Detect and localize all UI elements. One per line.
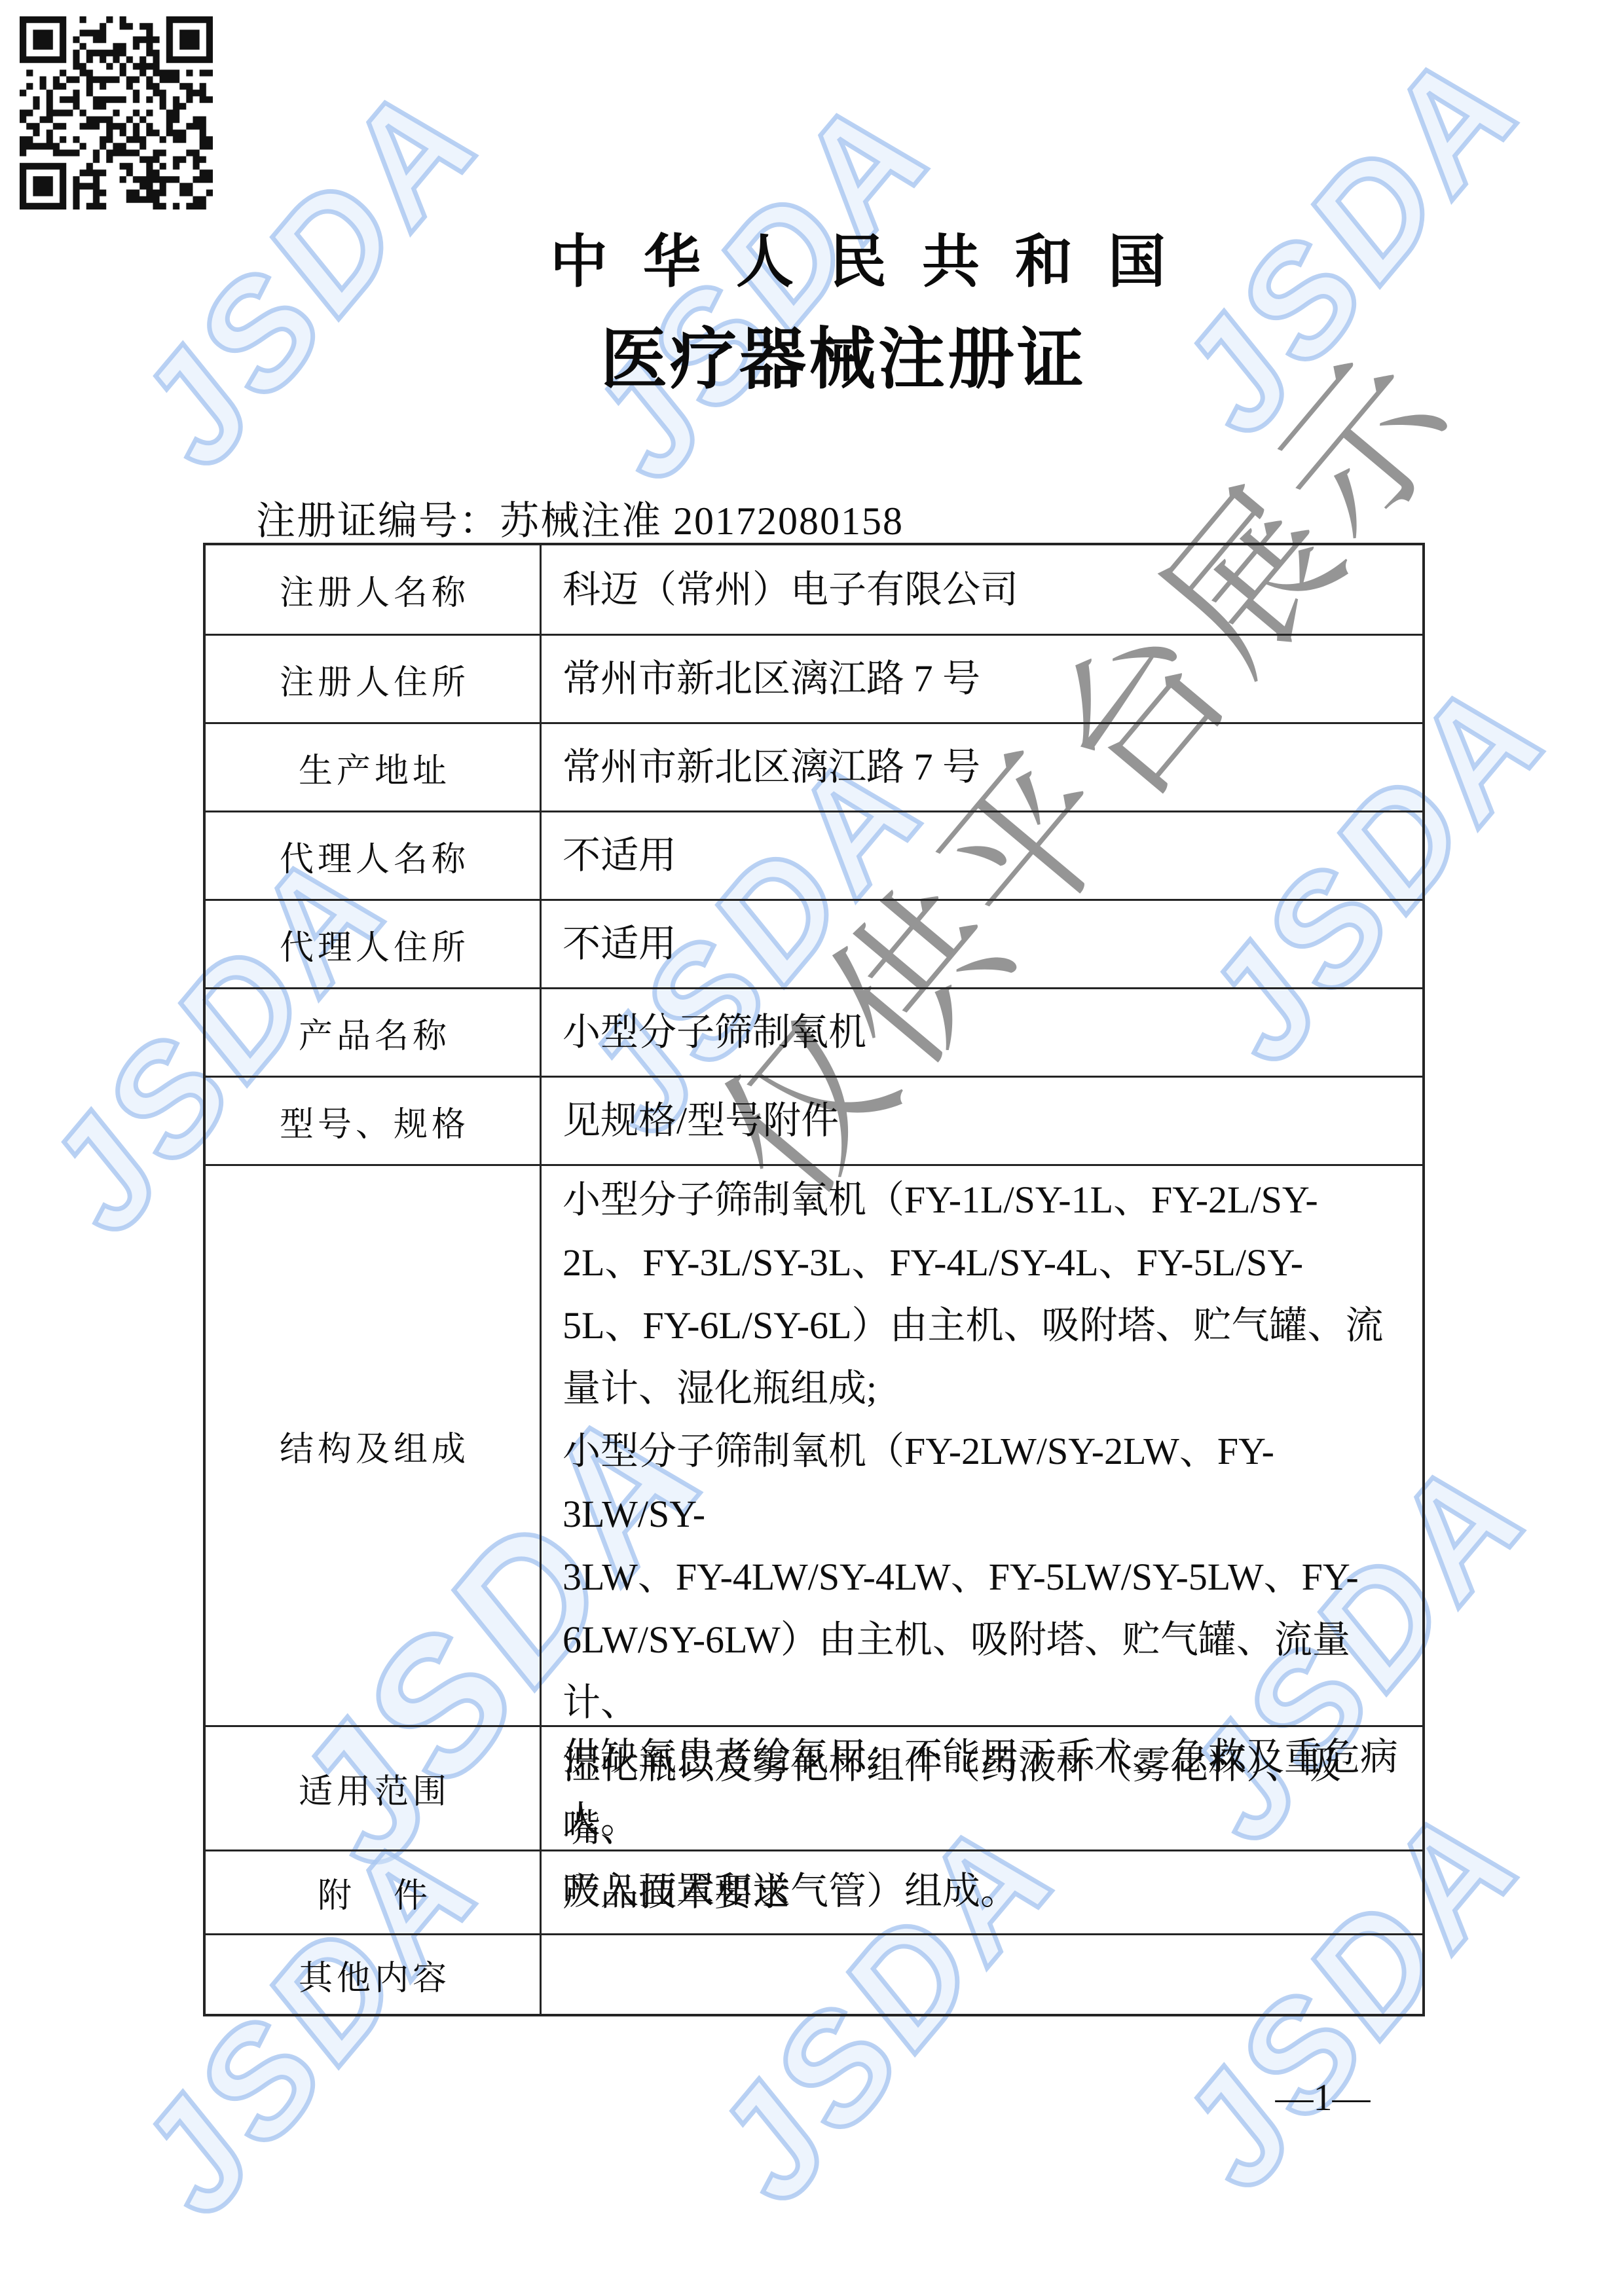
table-row: 注册人名称 科迈（常州）电子有限公司 xyxy=(206,545,1422,634)
certificate-title: 医疗器械注册证 xyxy=(31,306,1624,402)
row-label: 代理人住所 xyxy=(276,920,470,969)
row-label-cell: 注册人名称 xyxy=(206,545,542,634)
row-label-cell: 其他内容 xyxy=(206,1935,542,2014)
row-label: 结构及组成 xyxy=(276,1421,470,1470)
country-title: 中华人民共和国 xyxy=(46,216,1624,299)
row-value: 科迈（常州）电子有限公司 xyxy=(542,545,1422,634)
row-label: 适用范围 xyxy=(295,1764,451,1813)
registration-number-line: 注册证编号：苏械注准 20172080158 xyxy=(256,490,904,546)
row-label-cell: 型号、规格 xyxy=(206,1078,542,1164)
row-value: 产品技术要求 xyxy=(542,1851,1422,1933)
table-row: 代理人住所 不适用 xyxy=(206,899,1422,987)
row-label-cell: 产品名称 xyxy=(206,989,542,1076)
row-label-cell: 附 件 xyxy=(206,1851,542,1933)
row-value: 供缺氧患者给氧用；不能用于手术、急救及重危病 人。 xyxy=(542,1727,1422,1850)
row-value: 小型分子筛制氧机 xyxy=(542,989,1422,1076)
certificate-page: JSDA JSDA JSDA JSDA JSDA JSDA JSDA JSDA … xyxy=(0,0,1624,2296)
row-label-cell: 代理人住所 xyxy=(206,901,542,987)
row-label: 注册人住所 xyxy=(276,655,470,704)
registration-number-value: 苏械注准 20172080158 xyxy=(500,500,904,543)
row-label-cell: 代理人名称 xyxy=(206,812,542,899)
row-label: 其他内容 xyxy=(295,1950,451,1999)
row-label: 注册人名称 xyxy=(276,565,470,614)
row-value: 常州市新北区漓江路 7 号 xyxy=(542,636,1422,722)
row-label-cell: 注册人住所 xyxy=(206,636,542,722)
row-label: 代理人名称 xyxy=(276,831,470,881)
table-row: 适用范围 供缺氧患者给氧用；不能用于手术、急救及重危病 人。 xyxy=(206,1725,1422,1850)
page-number: —1— xyxy=(1257,2075,1388,2119)
table-row: 附 件 产品技术要求 xyxy=(206,1850,1422,1933)
table-row: 结构及组成 小型分子筛制氧机（FY-1L/SY-1L、FY-2L/SY- 2L、… xyxy=(206,1164,1422,1725)
row-label: 型号、规格 xyxy=(276,1097,470,1146)
row-label-cell: 生产地址 xyxy=(206,724,542,811)
row-value: 不适用 xyxy=(542,812,1422,899)
row-label: 生产地址 xyxy=(295,743,451,792)
table-row: 代理人名称 不适用 xyxy=(206,811,1422,899)
table-row: 型号、规格 见规格/型号附件 xyxy=(206,1076,1422,1164)
registration-number-label: 注册证编号： xyxy=(256,500,500,543)
table-row: 生产地址 常州市新北区漓江路 7 号 xyxy=(206,722,1422,811)
table-row: 注册人住所 常州市新北区漓江路 7 号 xyxy=(206,634,1422,722)
row-value: 见规格/型号附件 xyxy=(542,1078,1422,1164)
row-value xyxy=(542,1935,1422,2014)
row-label-cell: 适用范围 xyxy=(206,1727,542,1850)
row-label: 产品名称 xyxy=(295,1008,451,1057)
qr-code xyxy=(20,16,213,210)
table-row: 其他内容 xyxy=(206,1933,1422,2014)
row-label: 附 件 xyxy=(314,1868,432,1917)
row-value: 小型分子筛制氧机（FY-1L/SY-1L、FY-2L/SY- 2L、FY-3L/… xyxy=(542,1166,1422,1725)
certificate-table: 注册人名称 科迈（常州）电子有限公司 注册人住所 常州市新北区漓江路 7 号 生… xyxy=(203,543,1425,2016)
row-label-cell: 结构及组成 xyxy=(206,1166,542,1725)
table-row: 产品名称 小型分子筛制氧机 xyxy=(206,987,1422,1076)
row-value: 常州市新北区漓江路 7 号 xyxy=(542,724,1422,811)
row-value: 不适用 xyxy=(542,901,1422,987)
